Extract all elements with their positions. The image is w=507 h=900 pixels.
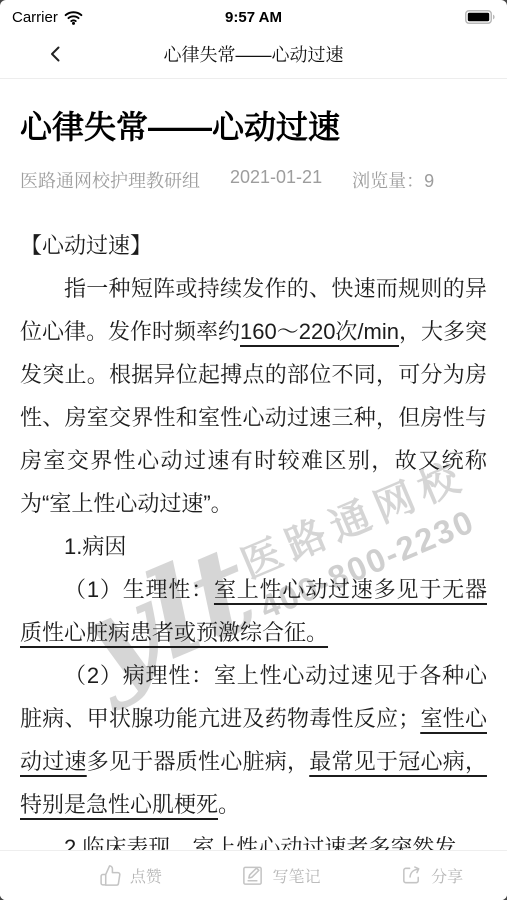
paragraph: 指一种短阵或持续发作的、快速而规则的异位心律。发作时频率约160～220次/mi… — [20, 267, 487, 525]
carrier-label: Carrier — [12, 9, 58, 26]
write-note-button[interactable]: 写笔记 — [206, 864, 357, 887]
article-date: 2021-01-21 — [230, 167, 322, 193]
body-text: 1.病因 — [64, 534, 126, 559]
bottom-toolbar: 点赞 写笔记 分享 — [0, 850, 507, 900]
wifi-icon — [64, 10, 83, 25]
paragraph: （1）生理性：室上性心动过速多见于无器质性心脏病患者或预激综合征。 — [20, 568, 487, 654]
like-label: 点赞 — [130, 864, 162, 887]
paragraph: （2）病理性：室上性心动过速见于各种心脏病、甲状腺功能亢进及药物毒性反应；室性心… — [20, 654, 487, 826]
body-text: 【心动过速】 — [20, 233, 152, 258]
thumbs-up-icon — [99, 864, 122, 887]
share-label: 分享 — [431, 864, 463, 887]
like-button[interactable]: 点赞 — [55, 864, 206, 887]
body-text: 多见于器质性心脏病， — [87, 749, 309, 774]
app-screen: Carrier 9:57 AM — [0, 0, 507, 900]
nav-title: 心律失常——心动过速 — [164, 41, 344, 67]
share-button[interactable]: 分享 — [356, 864, 507, 887]
write-note-label: 写笔记 — [272, 864, 320, 887]
status-bar: Carrier 9:57 AM — [0, 0, 507, 30]
underlined-text: 160～220次/min — [240, 319, 399, 344]
article-body: 【心动过速】指一种短阵或持续发作的、快速而规则的异位心律。发作时频率约160～2… — [20, 224, 487, 869]
body-text: （2）病理性：室上性心动过速见于各种心脏病、甲状腺功能亢进及药物毒性反应； — [20, 663, 487, 731]
article-content[interactable]: ylt 医路通网校 400-800-2230 心律失常——心动过速 医路通网校护… — [0, 79, 507, 900]
article-meta: 医路通网校护理教研组 2021-01-21 浏览量：9 — [20, 167, 487, 193]
article-title: 心律失常——心动过速 — [20, 107, 487, 147]
paragraph: 1.病因 — [20, 525, 487, 568]
article-views: 浏览量：9 — [352, 167, 434, 193]
nav-bar: 心律失常——心动过速 — [0, 30, 507, 79]
body-text: 。 — [218, 792, 240, 817]
back-button[interactable] — [36, 30, 76, 78]
share-icon — [400, 864, 423, 887]
chevron-left-icon — [46, 44, 66, 64]
write-note-icon — [241, 864, 264, 887]
paragraph: 【心动过速】 — [20, 224, 487, 267]
body-text: （1）生理性： — [64, 577, 214, 602]
article-author: 医路通网校护理教研组 — [20, 167, 200, 193]
battery-icon — [465, 10, 495, 24]
body-text: ，大多突发突止。根据异位起搏点的部位不同，可分为房性、房室交界性和室性心动过速三… — [20, 319, 487, 516]
